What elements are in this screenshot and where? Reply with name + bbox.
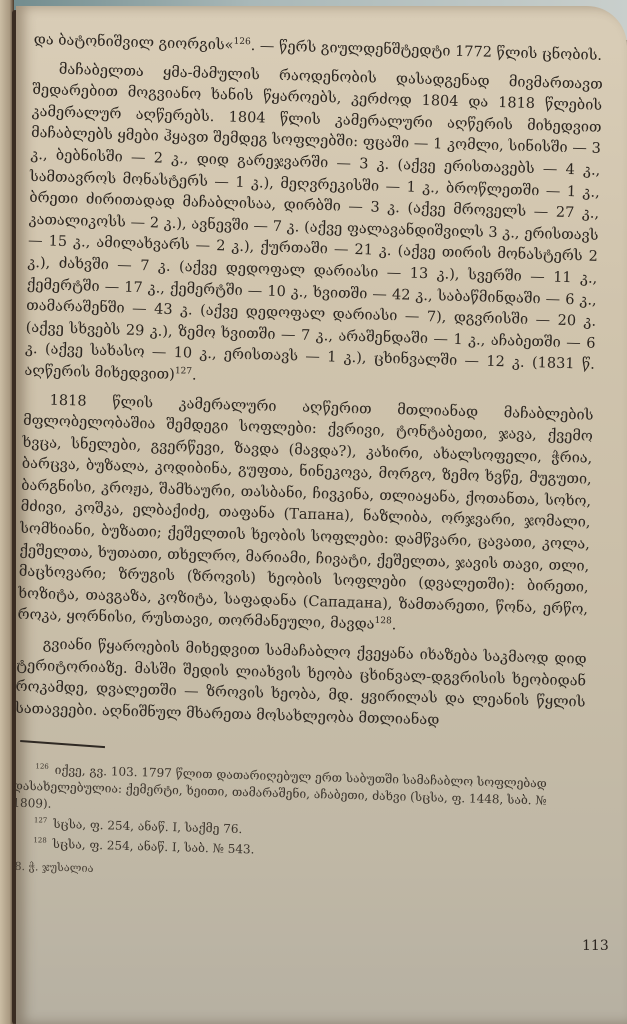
footnote-number: 126: [35, 763, 49, 771]
paragraph-text-after: .: [192, 367, 197, 383]
footnote-text: სცსა, ფ. 254, ანაწ. I, საბ. № 543.: [52, 837, 254, 857]
footnote-ref-126[interactable]: 126: [233, 37, 250, 47]
paragraph-text: 1818 წლის კამერალური აღწერით მთლიანად მა…: [17, 392, 593, 633]
footnote-ref-128[interactable]: 128: [374, 616, 391, 626]
footnote-number: 128: [33, 837, 47, 845]
footnote-text: იქვე, გვ. 103. 1797 წლით დათარიღებულ ერთ…: [16, 763, 547, 811]
footnote-divider: [20, 740, 105, 748]
paragraph-text: მაჩაბელთა ყმა-მამულის რაოდენობის დასადგე…: [24, 61, 603, 383]
page-number: 113: [582, 938, 609, 954]
book-page: და ბატონიშვილ გიორგის«126. — წერს გიულდე…: [16, 6, 627, 1024]
footnote-number: 127: [34, 817, 48, 825]
footnote-ref-127[interactable]: 127: [175, 366, 192, 376]
paragraph-text: და ბატონიშვილ გიორგის«: [33, 32, 233, 54]
paragraph-territory: გვიანი წყაროების მიხედვით სამაჩაბლო ქვეყ…: [16, 634, 587, 736]
paragraph-text-after: . — წერს გიულდენშტედტი 1772 წლის ცნობის.: [250, 38, 602, 64]
paragraph-villages-1818: 1818 წლის კამერალური აღწერით მთლიანად მა…: [17, 389, 593, 642]
page-body: და ბატონიშვილ გიორგის«126. — წერს გიულდე…: [16, 30, 604, 891]
footnotes: 126იქვე, გვ. 103. 1797 წლით დათარიღებულ …: [16, 758, 583, 891]
paragraph-text-after: .: [391, 618, 396, 634]
paragraph-text: გვიანი წყაროების მიხედვით სამაჩაბლო ქვეყ…: [16, 637, 587, 729]
paragraph-serfs-1804: მაჩაბელთა ყმა-მამულის რაოდენობის დასადგე…: [24, 59, 603, 399]
